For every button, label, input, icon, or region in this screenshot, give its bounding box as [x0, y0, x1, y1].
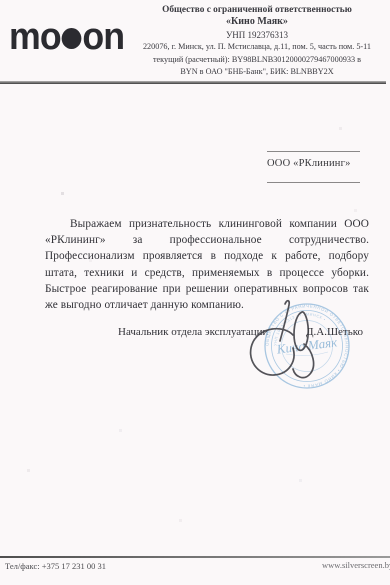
logo-text-right: on [82, 16, 124, 58]
org-name-line: «Кино Маяк» [128, 16, 386, 28]
signer-position-title: Начальник отдела эксплуатации [118, 326, 268, 338]
footer-phone: Тел/факс: +375 17 231 00 31 [5, 561, 106, 571]
logo-text-left: mo [9, 16, 61, 58]
org-type-line: Общество с ограниченной ответственностью [128, 4, 386, 16]
footer-website: www.silverscreen.by [322, 560, 390, 570]
logo-dot-icon [62, 28, 82, 49]
unp-line: УНП 192376313 [128, 29, 386, 41]
account-line-1: текущий (расчетный): BY98BLNB30120000279… [128, 54, 386, 66]
recipient-name: ООО «РКлининг» [267, 152, 360, 173]
paper-noise [0, 0, 1, 1]
address-line: 220076, г. Минск, ул. П. Мстиславца, д.1… [128, 41, 386, 53]
stamp-ring-text-outer: ОБЩЕСТВО С ОГРАНИЧЕННОЙ ОТВЕТСТВЕННОСТЬЮ… [264, 303, 349, 388]
company-logo: moon [9, 22, 124, 56]
scanned-letter-page: moon Общество с ограниченной ответственн… [0, 0, 390, 585]
svg-text:ОБЩЕСТВО С ОГРАНИЧЕННОЙ ОТВЕТС: ОБЩЕСТВО С ОГРАНИЧЕННОЙ ОТВЕТСТВЕННОСТЬЮ… [264, 303, 349, 388]
letter-body-paragraph: Выражаем признательность клининговой ком… [45, 216, 369, 313]
round-stamp: ОБЩЕСТВО С ОГРАНИЧЕННОЙ ОТВЕТСТВЕННОСТЬЮ… [264, 303, 349, 388]
recipient-divider-bottom [267, 182, 360, 183]
letterhead-divider [0, 81, 386, 84]
letterhead: Общество с ограниченной ответственностью… [128, 4, 386, 78]
recipient-block: ООО «РКлининг» [267, 151, 360, 183]
footer-divider [0, 556, 390, 558]
signer-name: Д.А.Шетько [306, 326, 363, 338]
account-line-2: BYN в ОАО "БНБ-Банк", БИК: BLNBBY2X [128, 66, 386, 78]
